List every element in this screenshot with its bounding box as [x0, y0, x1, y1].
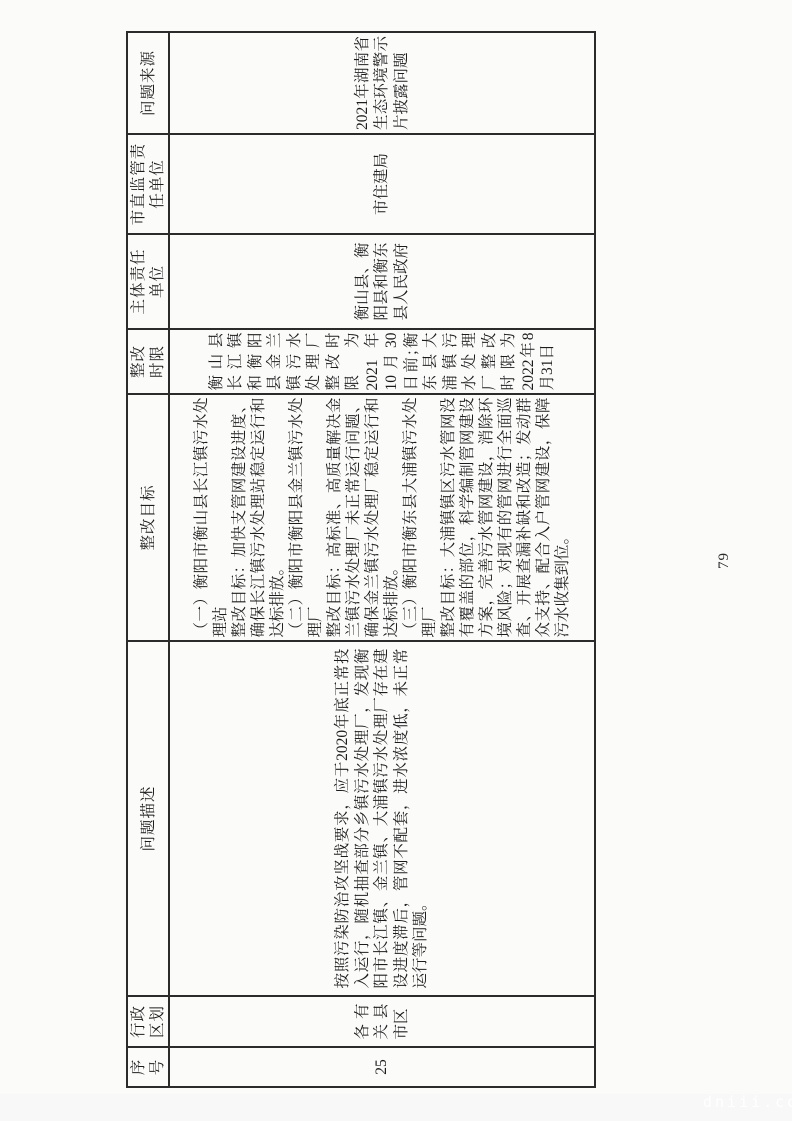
watermark-text: dniii.co — [703, 1093, 792, 1111]
cell-zhuti-zeren: 衡山县、衡阳县和衡东县人民政府 — [169, 234, 595, 329]
cell-text: 2021年湖南省生态环境警示片披露问题 — [353, 36, 412, 130]
cell-zhenggai-shixian: 衡山县长江镇和衡阳县金兰镇污水处理厂整改时限为2021年10月30日前;衡东县大… — [169, 329, 595, 394]
header-label: 整改目标 — [139, 395, 158, 640]
rotated-page: 序 号 行政 区划 问题描述 整改目标 整改 时限 主体责任 单位 市直监管责 … — [0, 0, 792, 1121]
header-label: 主体责任 单位 — [129, 235, 167, 328]
header-label: 问题描述 — [139, 642, 158, 995]
cell-text: 按照污染防治攻坚战要求，应于2020年底正常投入运行，随机抽查部分乡镇污水处理厂… — [333, 649, 431, 989]
remediation-table: 序 号 行政 区划 问题描述 整改目标 整改 时限 主体责任 单位 市直监管责 … — [126, 31, 596, 1088]
col-header-xingzheng-quhua: 行政 区划 — [127, 996, 169, 1047]
header-label: 市直监管责 任单位 — [129, 135, 167, 233]
cell-xuhao: 25 — [169, 1047, 595, 1087]
cell-text: 各有关县市区 — [353, 1004, 412, 1040]
col-header-wenti-laiyuan: 问题来源 — [127, 32, 169, 134]
cell-wenti-miaoshu: 按照污染防治攻坚战要求，应于2020年底正常投入运行，随机抽查部分乡镇污水处理厂… — [169, 641, 595, 996]
scanned-document-page: { "page": { "number": "79", "watermark":… — [0, 0, 792, 1121]
table-header-row: 序 号 行政 区划 问题描述 整改目标 整改 时限 主体责任 单位 市直监管责 … — [127, 32, 169, 1087]
cell-xingzheng-quhua: 各有关县市区 — [169, 996, 595, 1047]
header-label: 序 号 — [129, 1048, 167, 1086]
col-header-zhuti-zeren: 主体责任 单位 — [127, 234, 169, 329]
cell-zhenggai-mubiao: （一）衡阳市衡山县长江镇污水处理站 整改目标：加快支管网建设进度、确保长江镇污水… — [169, 394, 595, 641]
col-header-zhenggai-mubiao: 整改目标 — [127, 394, 169, 641]
cell-wenti-laiyuan: 2021年湖南省生态环境警示片披露问题 — [169, 32, 595, 134]
col-header-xuhao: 序 号 — [127, 1047, 169, 1087]
cell-text: 市住建局 — [372, 135, 392, 233]
cell-shizhi-jianguan: 市住建局 — [169, 134, 595, 234]
header-label: 行政 区划 — [129, 997, 167, 1046]
cell-text: 衡山县、衡阳县和衡东县人民政府 — [353, 243, 412, 321]
header-label: 整改 时限 — [129, 330, 167, 393]
page-number: 79 — [716, 0, 733, 1121]
col-header-zhenggai-shixian: 整改 时限 — [127, 329, 169, 394]
cell-text: （一）衡阳市衡山县长江镇污水处理站 整改目标：加快支管网建设进度、确保长江镇污水… — [192, 398, 572, 638]
cell-text: 衡山县长江镇和衡阳县金兰镇污水处理厂整改时限为2021年10月30日前;衡东县大… — [207, 333, 558, 391]
col-header-wenti-miaoshu: 问题描述 — [127, 641, 169, 996]
table-body-row: 25 各有关县市区 按照污染防治攻坚战要求，应于2020年底正常投入运行，随机抽… — [169, 32, 595, 1087]
cell-text: 25 — [372, 1048, 392, 1086]
col-header-shizhi-jianguan: 市直监管责 任单位 — [127, 134, 169, 234]
header-label: 问题来源 — [139, 33, 158, 133]
